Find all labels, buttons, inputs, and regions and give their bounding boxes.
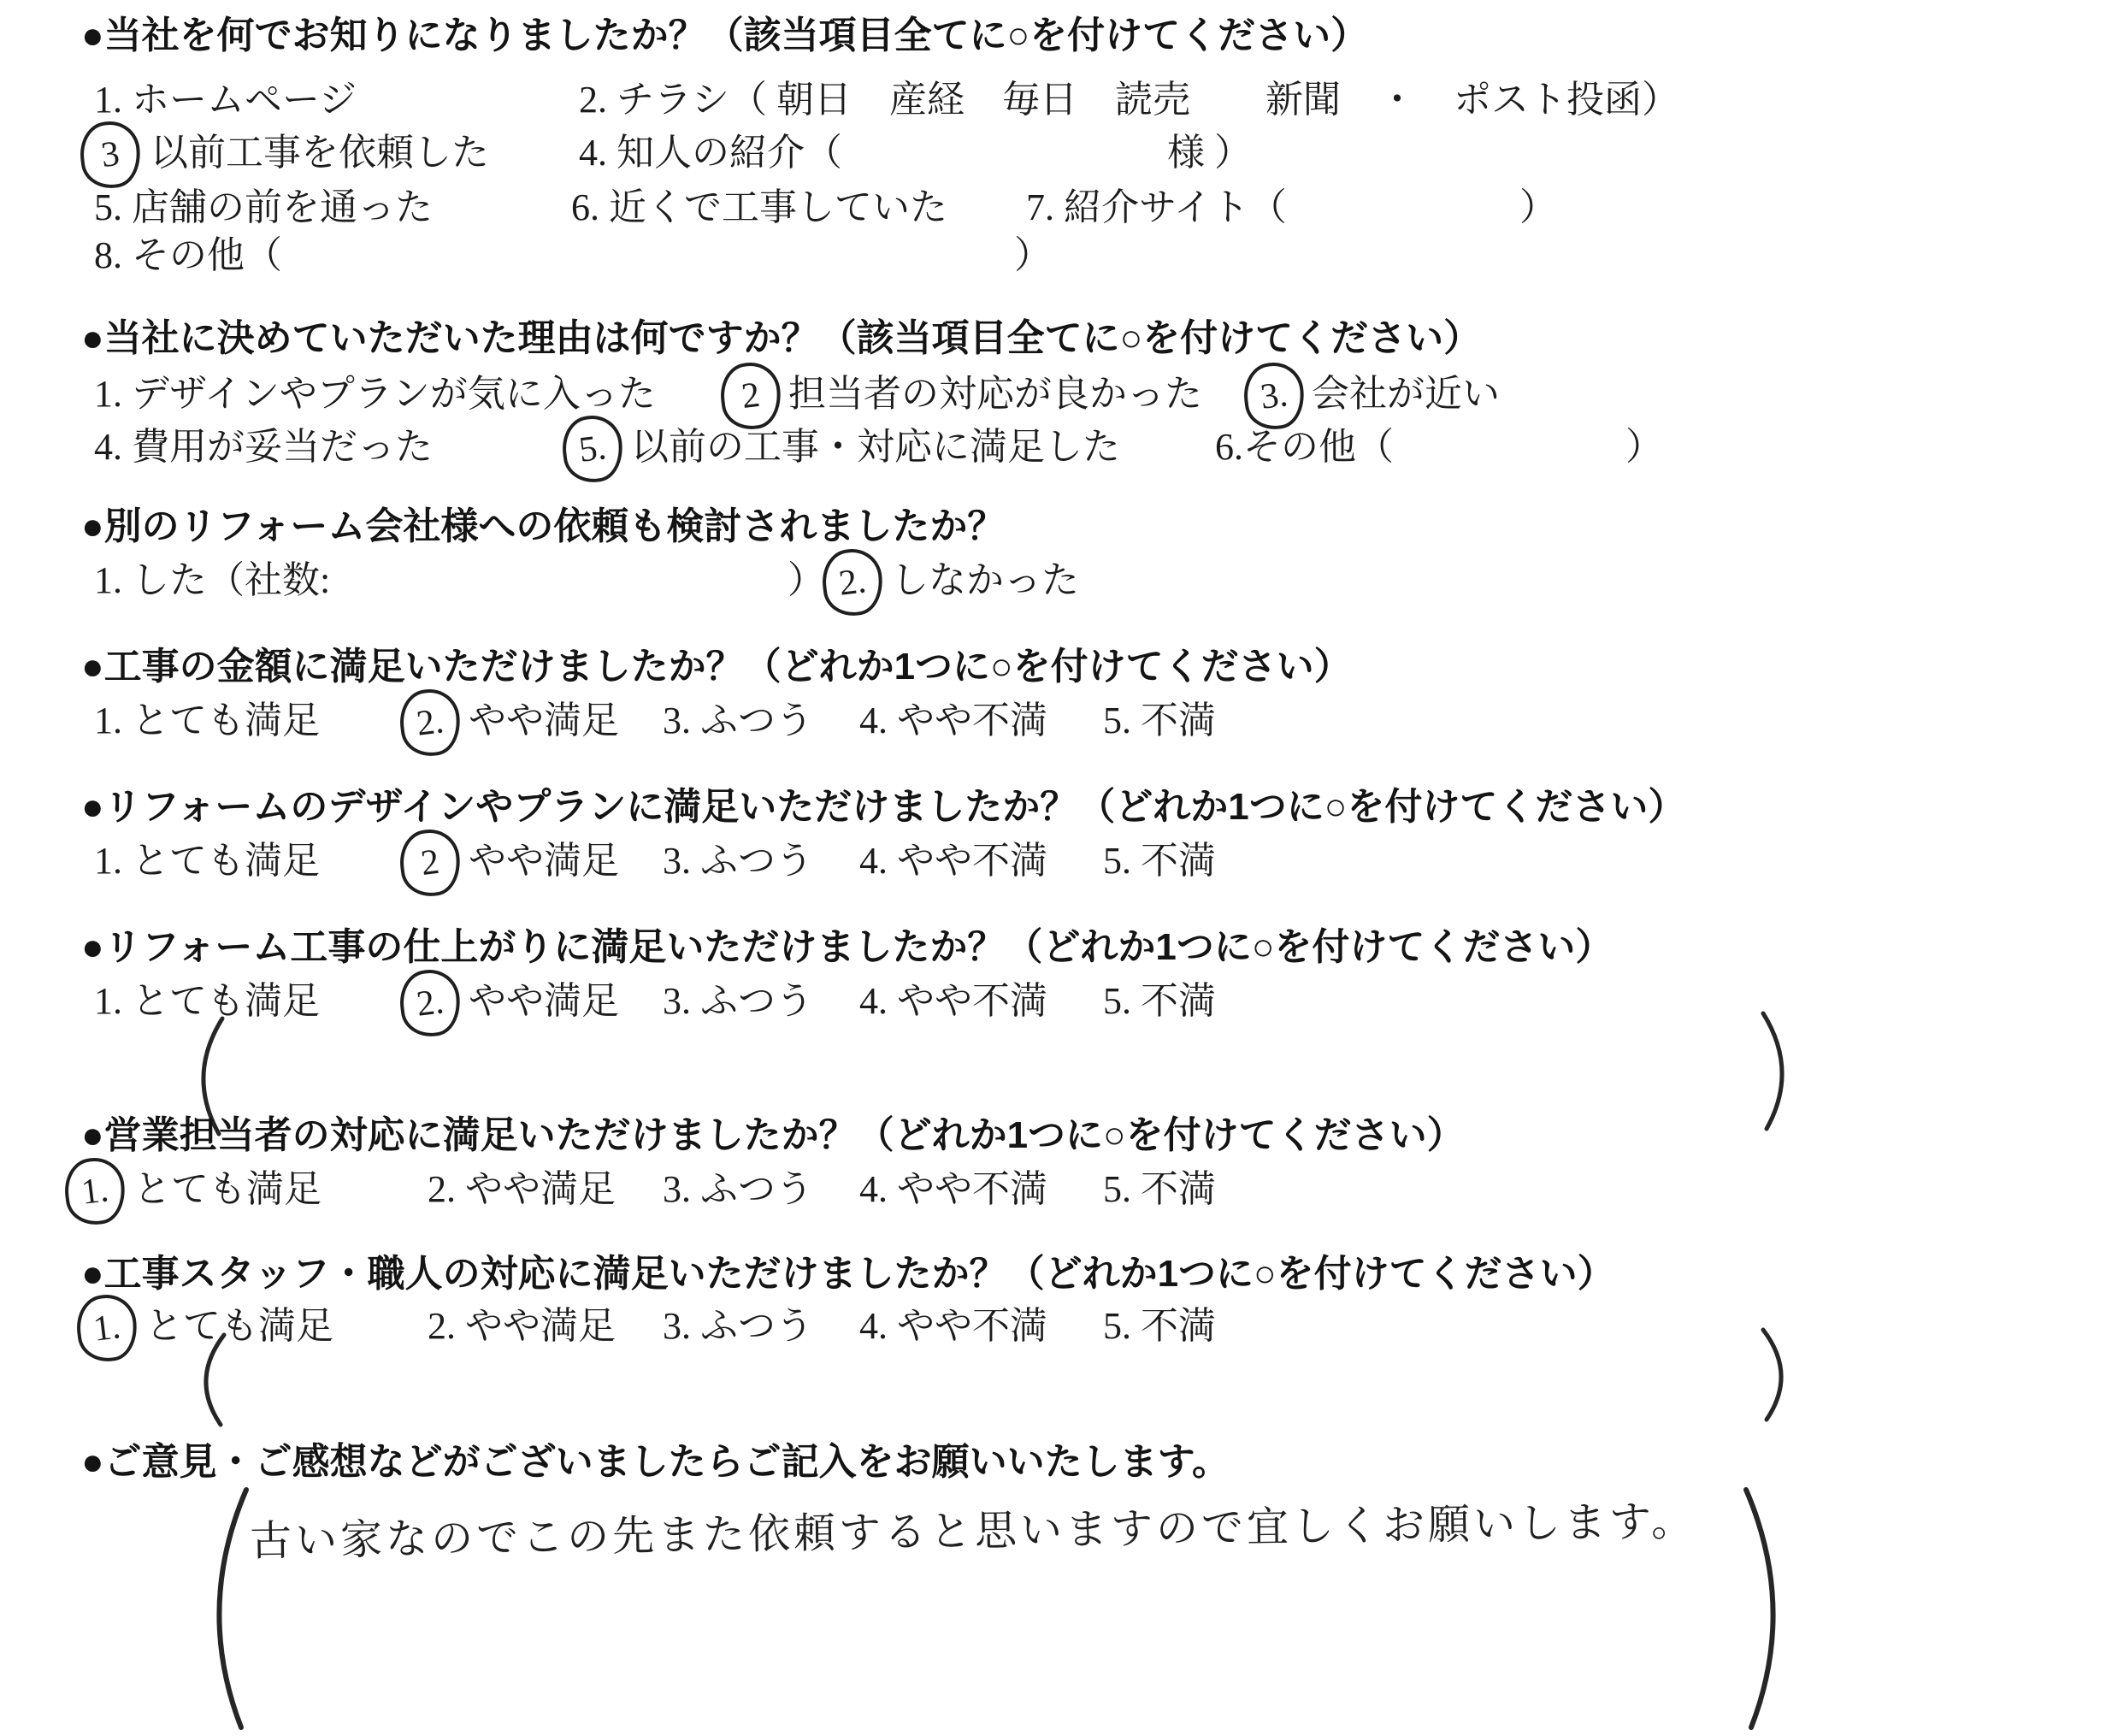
q2-option-4: 4. 費用が妥当だった (94, 422, 433, 472)
q8-option-4: 4. やや不満 (859, 1302, 1047, 1351)
q1-row-4: 8. その他（ ） (94, 231, 2095, 284)
q6-option-2-circle-mark: 2. (397, 966, 464, 1040)
q8-note-bracket-right-icon (1755, 1326, 1806, 1424)
q3-heading: ●別のリフォーム会社様への依頼も検討されましたか？ (81, 503, 1005, 551)
q6-note-bracket-right-icon (1755, 1009, 1806, 1133)
q1-row-1: 1. ホームページ 2. チラシ（ 朝日 産経 毎日 読売 新聞 ・ ポスト投函… (94, 75, 2095, 128)
q1-option-7: 7. 紹介サイト（ (1026, 183, 1287, 233)
q2-option-6-close-paren: ） (1625, 422, 1663, 472)
q5-option-4: 4. やや不満 (859, 836, 1047, 886)
q1-option-7-close-paren: ） (1519, 183, 1557, 233)
q1-heading: ●当社を何でお知りになりましたか？（該当項目全てに○を付けてください） (81, 12, 1368, 60)
scanned-survey-sheet: ●当社を何でお知りになりましたか？（該当項目全てに○を付けてください） 1. ホ… (0, 0, 2112, 1736)
q5-option-3: 3. ふつう (663, 836, 813, 886)
q1-option-8: 8. その他（ (94, 231, 282, 280)
q4-option-2-circle-mark: 2. (397, 686, 464, 759)
q8-option-5: 5. 不満 (1103, 1302, 1216, 1351)
q9-heading: ●ご意見・ご感想などがございましたらご記入をお願いいたします。 (81, 1438, 1230, 1486)
q2-option-5: 以前の工事・対応に満足した (631, 422, 1120, 472)
q5-option-1: 1. とても満足 (94, 836, 320, 886)
q2-row-1: 1. デザインやプランが気に入った 2 担当者の対応が良かった 3. 会社が近い (94, 369, 2095, 422)
q7-heading: ●営業担当者の対応に満足いただけましたか？（どれか1つに○を付けてください） (81, 1112, 1465, 1160)
q8-option-1-circle-mark: 1. (74, 1291, 141, 1365)
q1-row-3: 5. 店舗の前を通った 6. 近くで工事していた 7. 紹介サイト（ ） (94, 183, 2095, 236)
q9-comment-bracket-right-icon (1734, 1485, 1802, 1733)
q6-option-2: やや満足 (469, 977, 619, 1026)
q1-option-8-close-paren: ） (1014, 231, 1052, 280)
q8-heading: ●工事スタッフ・職人の対応に満足いただけましたか？（どれか1つに○を付けてくださ… (81, 1250, 1615, 1298)
q2-option-6: 6.その他（ (1215, 422, 1394, 472)
q1-option-5: 5. 店舗の前を通った (94, 183, 433, 233)
q7-row-1: 1. とても満足 2. やや満足 3. ふつう 4. やや不満 5. 不満 (94, 1165, 2095, 1218)
q4-option-4: 4. やや不満 (859, 696, 1047, 746)
q8-option-2: 2. やや満足 (428, 1302, 616, 1351)
q6-heading: ●リフォーム工事の仕上がりに満足いただけましたか？（どれか1つに○を付けてくださ… (81, 924, 1613, 971)
q3-option-1: 1. した（社数: (94, 556, 330, 605)
q1-option-4-suffix: 様 ） (1167, 128, 1252, 178)
q1-option-3: 以前工事を依頼した (150, 128, 489, 178)
q7-option-1-circle-mark: 1. (62, 1154, 129, 1228)
q4-option-3: 3. ふつう (663, 696, 813, 746)
q1-row-2: 3 以前工事を依頼した 4. 知人の紹介（ 様 ） (94, 128, 2095, 181)
handwritten-comment: 古い家なのでこの先また依頼すると思いますので宜しくお願いします。 (250, 1488, 1697, 1568)
q8-option-1: とても満足 (145, 1302, 333, 1351)
q6-option-3: 3. ふつう (663, 977, 813, 1026)
q2-option-3: 会社が近い (1312, 369, 1500, 419)
q8-note-bracket-left-icon (181, 1331, 233, 1429)
q7-option-5: 5. 不満 (1103, 1165, 1216, 1214)
q4-option-5: 5. 不満 (1103, 696, 1216, 746)
q1-option-4: 4. 知人の紹介（ (579, 128, 842, 178)
q7-option-1: とても満足 (133, 1165, 322, 1214)
q1-option-6: 6. 近くで工事していた (571, 183, 947, 233)
q5-row-1: 1. とても満足 2 やや満足 3. ふつう 4. やや不満 5. 不満 (94, 836, 2095, 889)
q4-heading: ●工事の金額に満足いただけましたか？（どれか1つに○を付けてください） (81, 643, 1352, 691)
q5-option-5: 5. 不満 (1103, 836, 1216, 886)
q2-option-5-circle-mark: 5. (559, 412, 627, 486)
q2-heading: ●当社に決めていただいた理由は何ですか？（該当項目全てに○を付けてください） (81, 315, 1481, 363)
q3-row-1: 1. した（社数: ） 2. しなかった (94, 556, 2095, 609)
q2-option-1: 1. デザインやプランが気に入った (94, 369, 656, 419)
q5-option-2-circle-mark: 2 (397, 826, 464, 900)
q7-option-2: 2. やや満足 (428, 1165, 616, 1214)
q1-option-1: 1. ホームページ (94, 75, 357, 125)
q1-option-3-circle-mark: 3 (77, 118, 145, 192)
q9-comment-bracket-left-icon (190, 1485, 258, 1733)
q7-option-4: 4. やや不満 (859, 1165, 1047, 1214)
q6-option-5: 5. 不満 (1103, 977, 1216, 1026)
q2-option-2: 担当者の対応が良かった (788, 369, 1202, 419)
q5-option-2: やや満足 (469, 836, 619, 886)
q4-row-1: 1. とても満足 2. やや満足 3. ふつう 4. やや不満 5. 不満 (94, 696, 2095, 749)
q6-option-4: 4. やや不満 (859, 977, 1047, 1026)
q5-heading: ●リフォームのデザインやプランに満足いただけましたか？（どれか1つに○を付けてく… (81, 783, 1685, 831)
q8-option-3: 3. ふつう (663, 1302, 813, 1351)
q3-option-1-close-paren: ） (788, 556, 825, 605)
q3-option-2: しなかった (891, 556, 1079, 605)
q2-row-2: 4. 費用が妥当だった 5. 以前の工事・対応に満足した 6.その他（ ） (94, 422, 2095, 475)
q7-option-3: 3. ふつう (663, 1165, 813, 1214)
q3-option-2-circle-mark: 2. (819, 546, 887, 619)
q1-option-2: 2. チラシ（ 朝日 産経 毎日 読売 新聞 ・ ポスト投函） (579, 75, 1679, 125)
q4-option-1: 1. とても満足 (94, 696, 320, 746)
q4-option-2: やや満足 (469, 696, 619, 746)
